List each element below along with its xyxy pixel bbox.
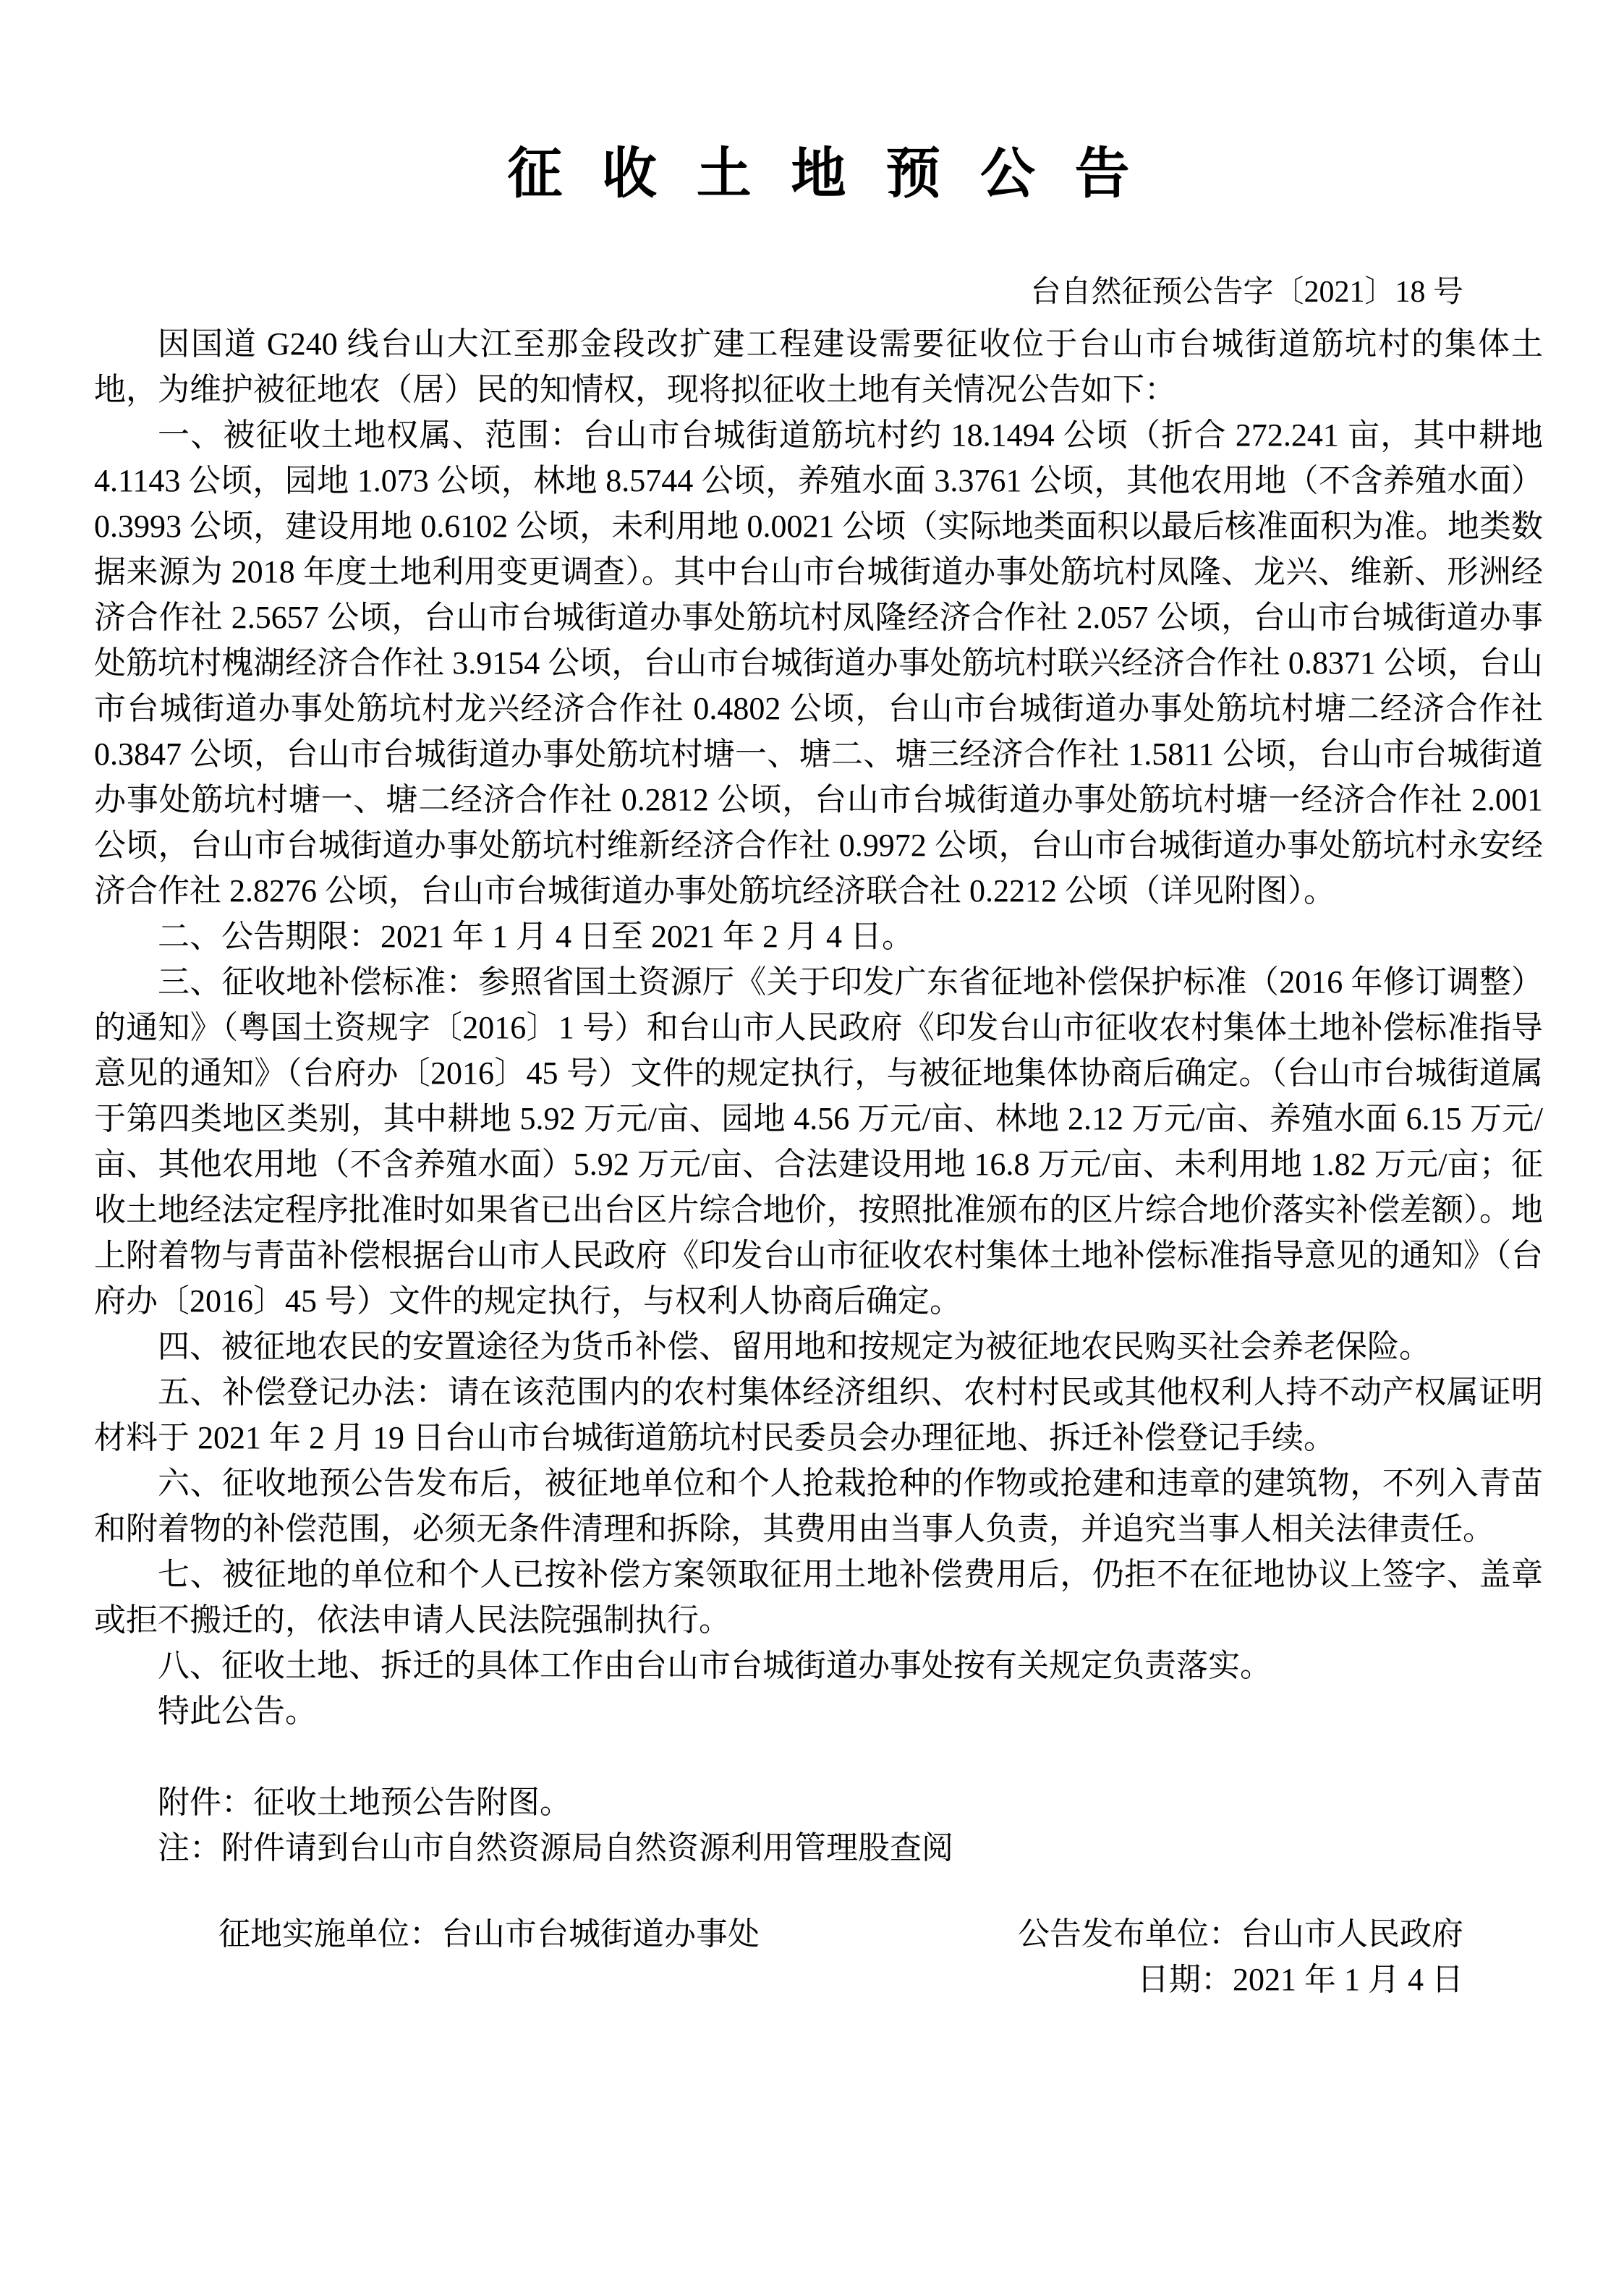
document-body: 因国道 G240 线台山大江至那金段改扩建工程建设需要征收位于台山市台城街道筋坑…	[94, 321, 1543, 1871]
paragraph-clause-5: 五、补偿登记办法：请在该范围内的农村集体经济组织、农村村民或其他权利人持不动产权…	[94, 1369, 1543, 1460]
paragraph-clause-2: 二、公告期限：2021 年 1 月 4 日至 2021 年 2 月 4 日。	[94, 914, 1543, 959]
paragraph-clause-4: 四、被征地农民的安置途径为货币补偿、留用地和按规定为被征地农民购买社会养老保险。	[94, 1324, 1543, 1369]
paragraph-clause-6: 六、征收地预公告发布后，被征地单位和个人抢栽抢种的作物或抢建和违章的建筑物，不列…	[94, 1460, 1543, 1552]
page-title: 征收土地预公告	[134, 142, 1543, 208]
announcement-page: 征收土地预公告 台自然征预公告字〔2021〕18 号 因国道 G240 线台山大…	[0, 0, 1624, 2296]
paragraph-clause-7: 七、被征地的单位和个人已按补偿方案领取征用土地补偿费用后，仍拒不在征地协议上签字…	[94, 1552, 1543, 1643]
paragraph-clause-3: 三、征收地补偿标准：参照省国土资源厅《关于印发广东省征地补偿保护标准（2016 …	[94, 959, 1543, 1324]
implementing-unit: 征地实施单位：台山市台城街道办事处	[218, 1911, 760, 1957]
paragraph-intro: 因国道 G240 线台山大江至那金段改扩建工程建设需要征收位于台山市台城街道筋坑…	[94, 321, 1543, 412]
paragraph-clause-8: 八、征收土地、拆迁的具体工作由台山市台城街道办事处按有关规定负责落实。	[94, 1643, 1543, 1688]
date-line: 日期：2021 年 1 月 4 日	[94, 1957, 1543, 2002]
doc-number: 台自然征预公告字〔2021〕18 号	[94, 270, 1543, 315]
attachment-line: 附件：征收土地预公告附图。	[94, 1780, 1543, 1825]
paragraph-clause-1: 一、被征收土地权属、范围：台山市台城街道筋坑村约 18.1494 公顷（折合 2…	[94, 412, 1543, 914]
footer-row: 征地实施单位：台山市台城街道办事处 公告发布单位：台山市人民政府	[94, 1911, 1543, 1957]
closing-line: 特此公告。	[94, 1688, 1543, 1734]
note-line: 注：附件请到台山市自然资源局自然资源利用管理股查阅	[94, 1825, 1543, 1871]
issuing-unit: 公告发布单位：台山市人民政府	[1018, 1911, 1463, 1957]
